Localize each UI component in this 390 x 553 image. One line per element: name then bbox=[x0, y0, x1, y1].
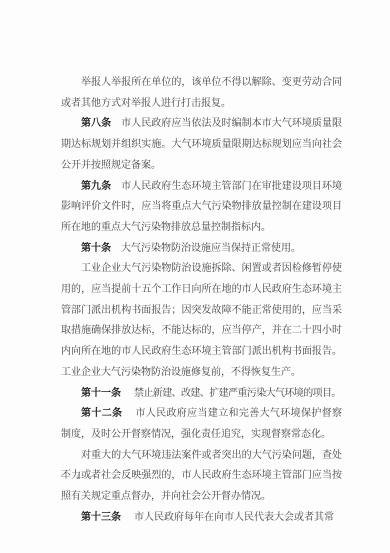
article-text: 市人民政府每年在向市人民代表大会或者其常 bbox=[134, 512, 334, 523]
law-paragraph-article-9: 第九条市人民政府生态环境主管部门在审批建设项目环境影响评价文件时，应当将重点大气… bbox=[61, 177, 342, 239]
article-heading: 第十条 bbox=[81, 243, 111, 254]
article-heading: 第九条 bbox=[81, 181, 111, 192]
article-text: 禁止新建、改建、扩建严重污染大气环境的项目。 bbox=[134, 388, 341, 399]
article-text: 工业企业大气污染物防治设施拆除、闲置或者因检修暂停使用的，应当提前十五个工作日向… bbox=[61, 263, 342, 378]
document-page: 举报人举报所在单位的，该单位不得以解除、变更劳动合同或者其他方式对举报人进行打击… bbox=[0, 0, 390, 553]
law-paragraph-article-8: 第八条市人民政府应当依法及时编制本市大气环境质量限期达标规划并组织实施。大气环境… bbox=[61, 114, 342, 176]
document-body: 举报人举报所在单位的，该单位不得以解除、变更劳动合同或者其他方式对举报人进行打击… bbox=[61, 73, 342, 528]
page-number: — 4 — bbox=[61, 470, 98, 482]
law-paragraph-article-11: 第十一条禁止新建、改建、扩建严重污染大气环境的项目。 bbox=[61, 384, 342, 405]
article-text: 对重大的大气环境违法案件或者突出的大气污染问题，查处不力或者社会反映强烈的，市人… bbox=[61, 450, 342, 502]
article-heading: 第十三条 bbox=[81, 512, 121, 523]
law-paragraph: 对重大的大气环境违法案件或者突出的大气污染问题，查处不力或者社会反映强烈的，市人… bbox=[61, 446, 342, 508]
law-paragraph-article-12: 第十二条市人民政府应当建立和完善大气环境保护督察制度，及时公开督察情况，强化责任… bbox=[61, 404, 342, 445]
law-paragraph-article-10: 第十条大气污染物防治设施应当保持正常使用。 bbox=[61, 239, 342, 260]
article-heading: 第十二条 bbox=[81, 408, 122, 419]
article-text: 举报人举报所在单位的，该单位不得以解除、变更劳动合同或者其他方式对举报人进行打击… bbox=[61, 77, 342, 109]
article-heading: 第八条 bbox=[81, 118, 111, 129]
law-paragraph: 举报人举报所在单位的，该单位不得以解除、变更劳动合同或者其他方式对举报人进行打击… bbox=[61, 73, 342, 114]
law-paragraph: 工业企业大气污染物防治设施拆除、闲置或者因检修暂停使用的，应当提前十五个工作日向… bbox=[61, 259, 342, 383]
article-heading: 第十一条 bbox=[81, 388, 121, 399]
law-paragraph-article-13: 第十三条市人民政府每年在向市人民代表大会或者其常 bbox=[61, 508, 342, 529]
article-text: 大气污染物防治设施应当保持正常使用。 bbox=[121, 243, 301, 254]
